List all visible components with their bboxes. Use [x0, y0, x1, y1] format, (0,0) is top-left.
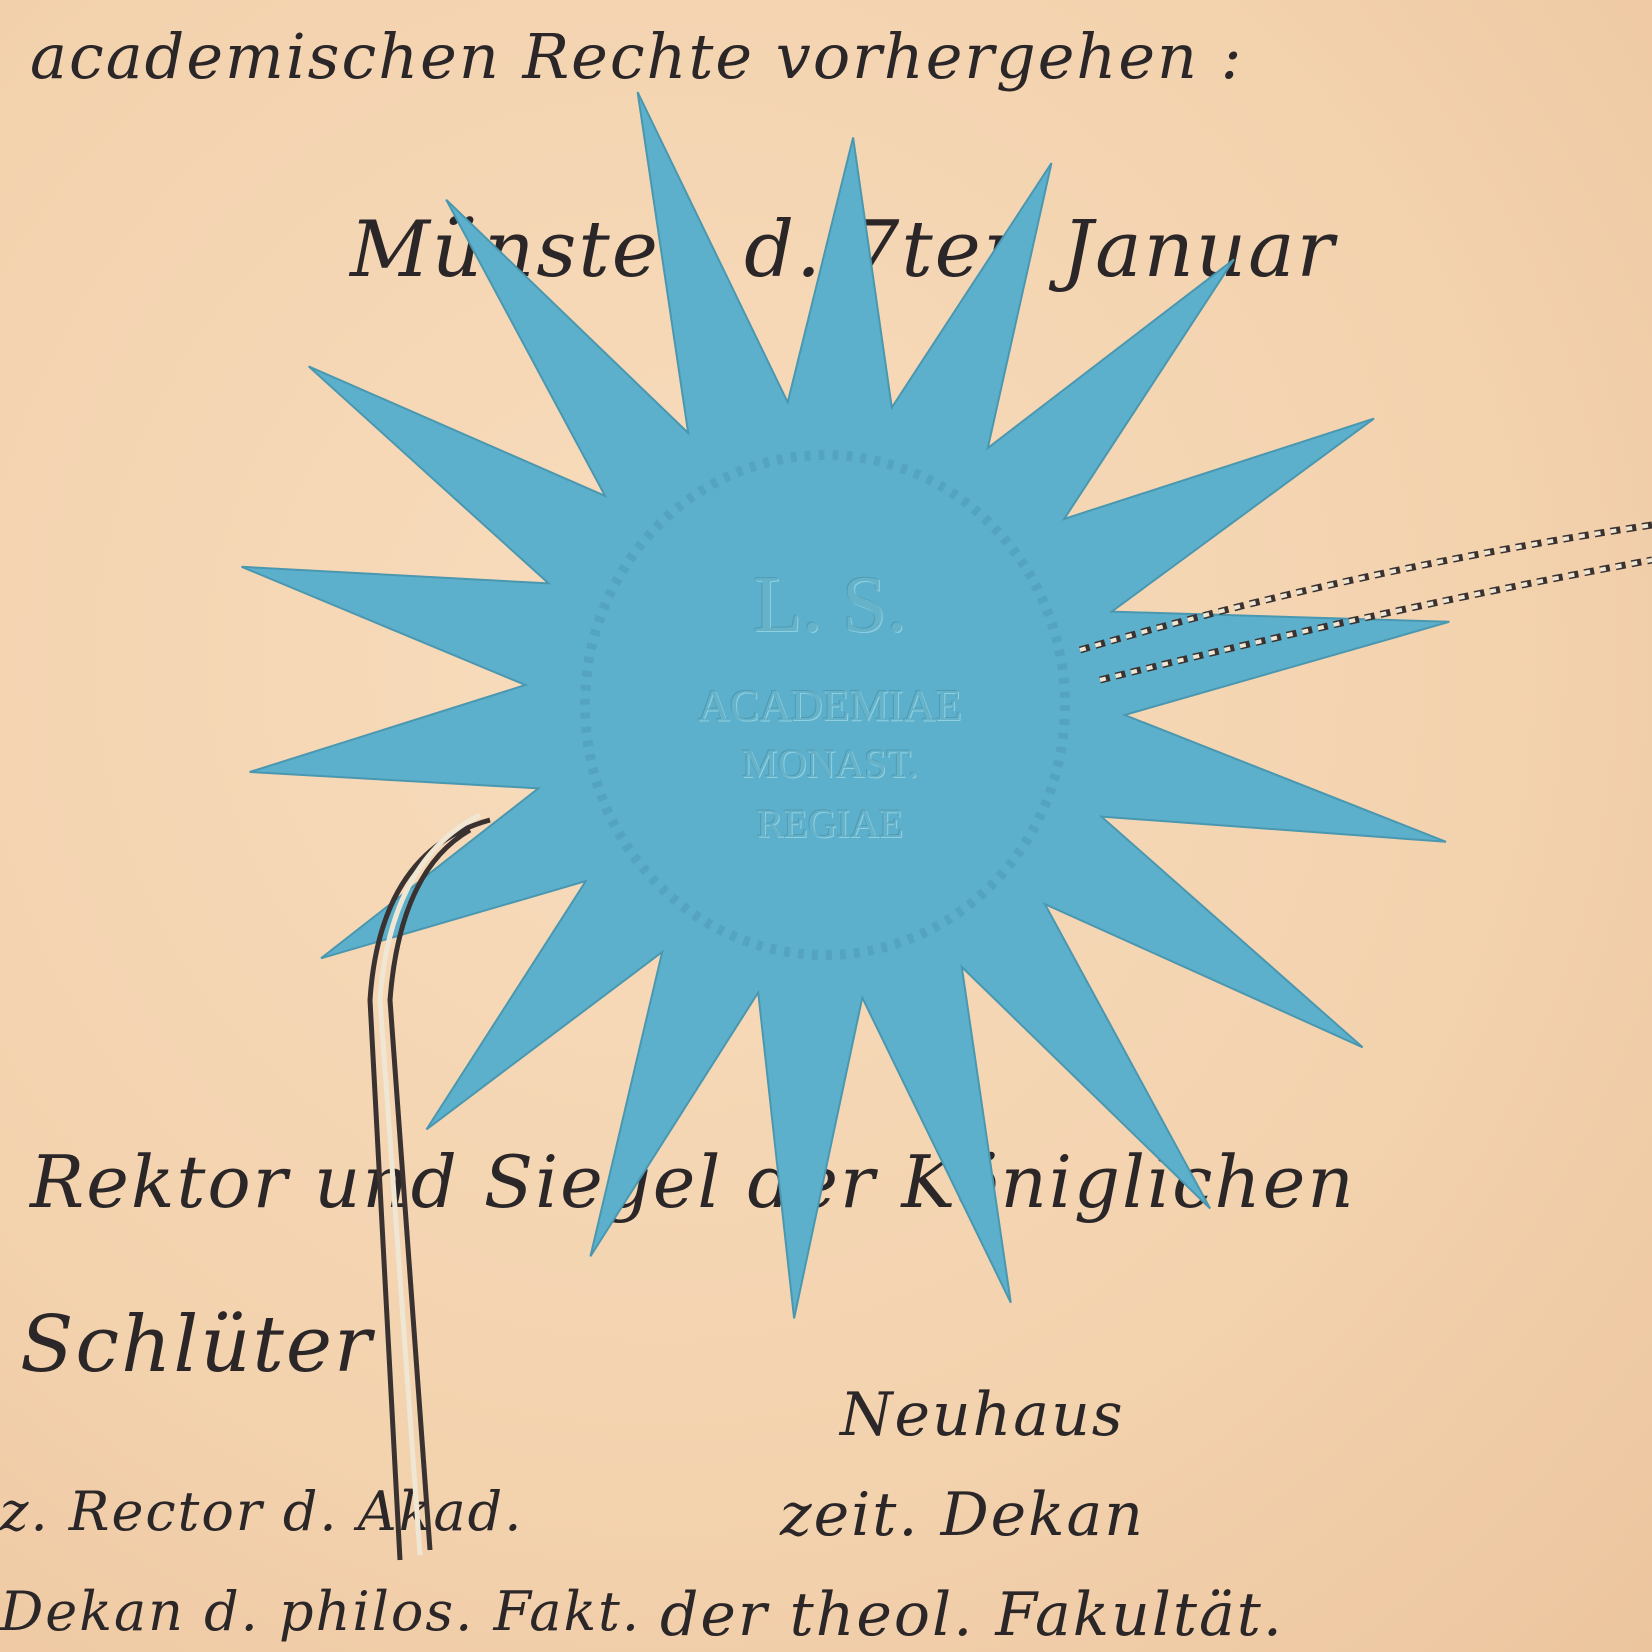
seal-line-1: ACADEMIAE [620, 680, 1040, 731]
seal-line-3: REGIAE [620, 800, 1040, 847]
seal-line-2: MONAST. [620, 740, 1040, 787]
seal-ls-text: L. S. [690, 560, 970, 651]
